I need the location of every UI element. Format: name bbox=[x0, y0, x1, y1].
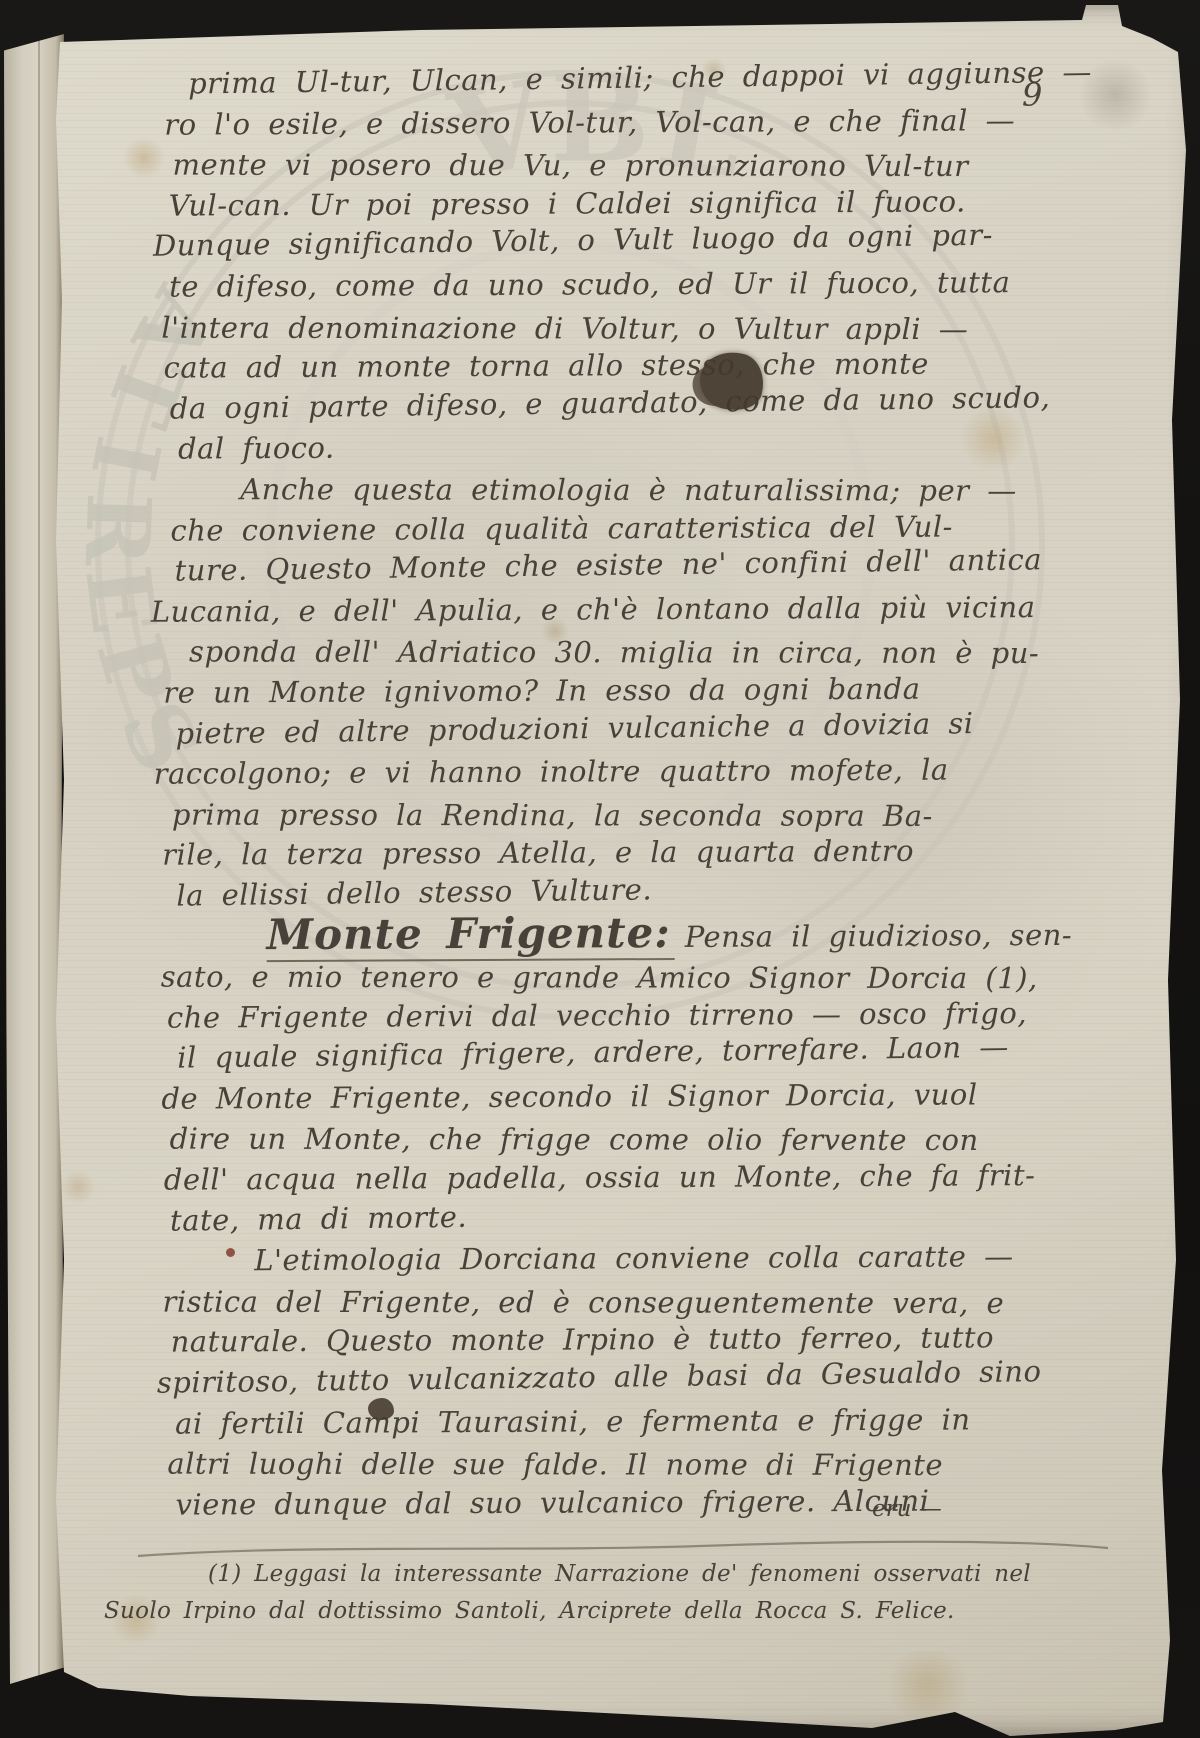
previous-page-edge bbox=[4, 34, 64, 1684]
scan-background: S P E R I T A V B L 9 prima Ul-tur, Ulca… bbox=[0, 0, 1200, 1738]
manuscript-page: S P E R I T A V B L 9 prima Ul-tur, Ulca… bbox=[0, 0, 1200, 1738]
page-edge-shading bbox=[0, 0, 1200, 1738]
page-crease bbox=[38, 34, 40, 1684]
